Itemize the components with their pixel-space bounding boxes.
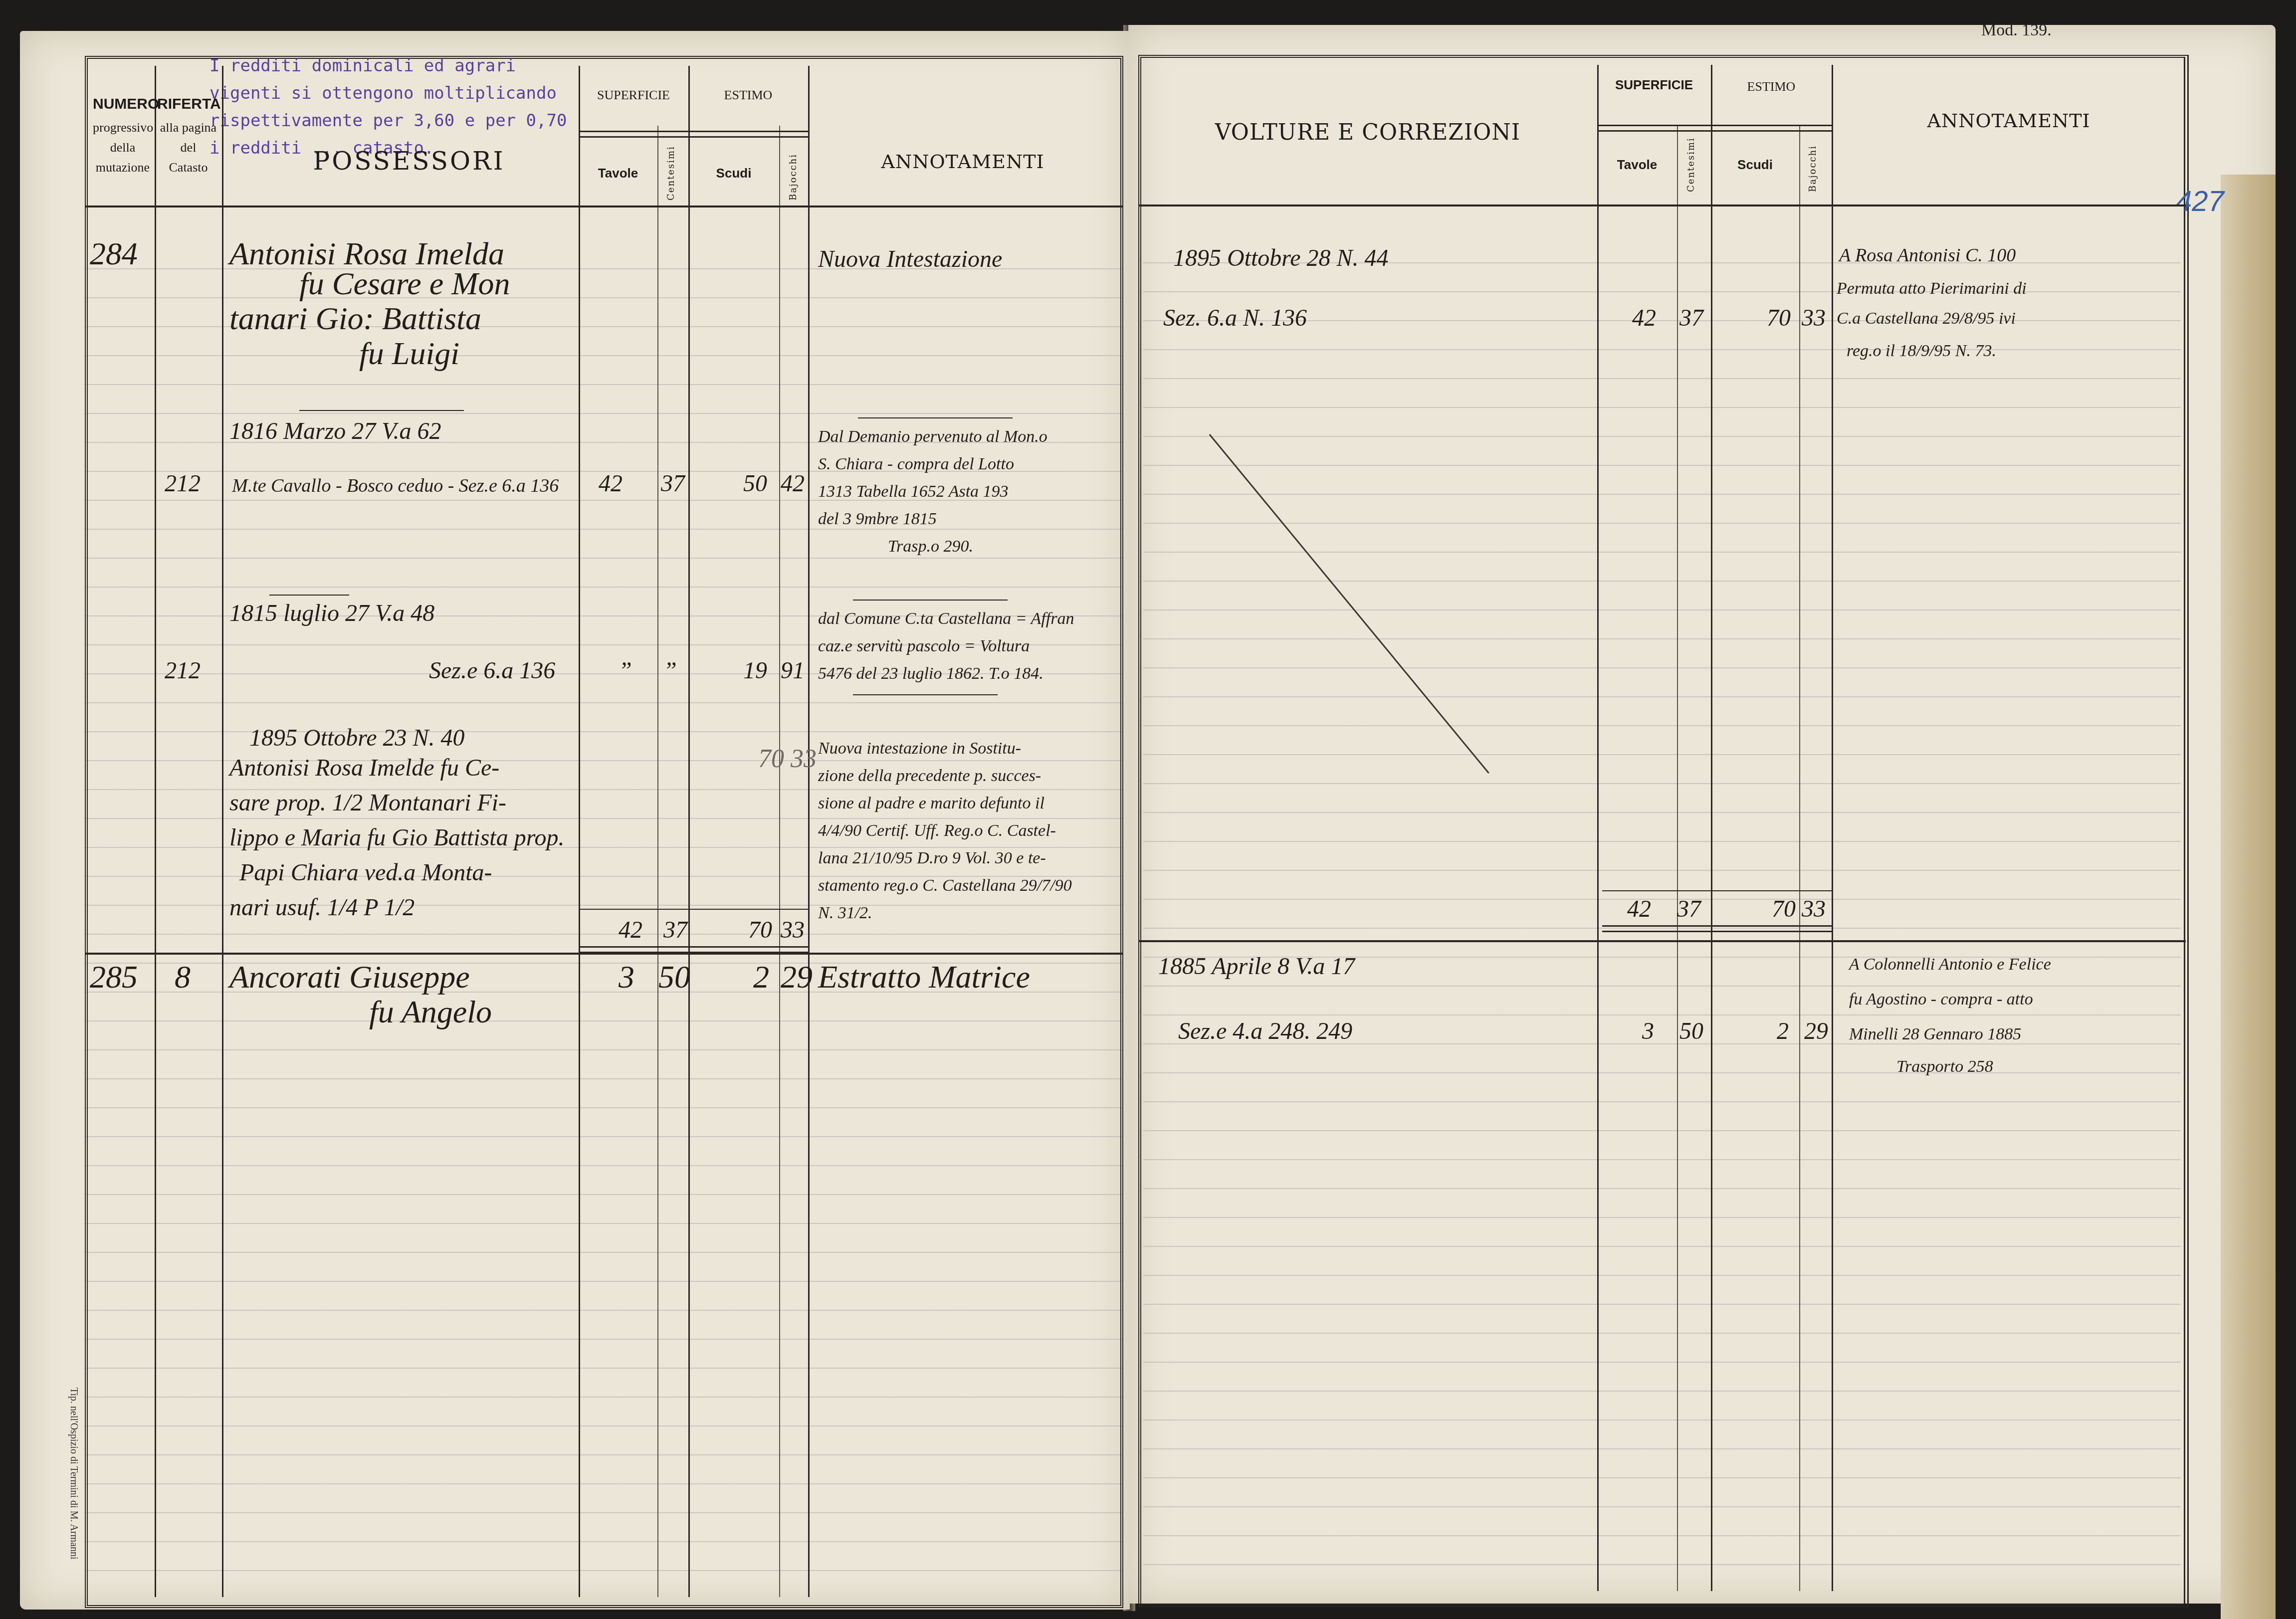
possessore-line: sare prop. 1/2 Montanari Fi- (229, 789, 506, 816)
annotamento-line: sione al padre e marito defunto il (818, 794, 1044, 813)
annotamento: Estratto Matrice (818, 959, 1030, 996)
tavole-value: 3 (619, 959, 634, 996)
scudi-value: 19 (743, 657, 767, 684)
form-number: Mod. 139. (1981, 21, 2052, 40)
header-annotamenti: ANNOTAMENTI (1837, 110, 2181, 132)
tavole-value: ” (619, 657, 632, 684)
possessore-line: Papi Chiara ved.a Monta- (239, 859, 492, 886)
col-divider (1711, 65, 1712, 1591)
header-riferta: RIFERTA (157, 96, 219, 113)
bajocchi-value: 91 (781, 657, 805, 684)
centesimi-value: 50 (1679, 1017, 1703, 1045)
page-number: 427 (2176, 185, 2224, 218)
parcel-description: Sez.e 6.a 136 (429, 657, 555, 684)
possessore-line: tanari Gio: Battista (229, 300, 481, 337)
header-tavole: Tavole (1597, 157, 1677, 173)
annotamento-line: caz.e servitù pascolo = Voltura (818, 637, 1030, 656)
annotamento-line: S. Chiara - compra del Lotto (818, 455, 1014, 474)
voltura-line: Sez.e 4.a 248. 249 (1178, 1017, 1352, 1045)
col-divider (222, 66, 223, 1597)
header-annotamenti: ANNOTAMENTI (813, 151, 1112, 173)
total-scudi: 70 (1772, 895, 1796, 923)
annotamento-line: Permuta atto Pierimarini di (1837, 279, 2027, 298)
centesimi-value: 37 (661, 470, 685, 497)
stamp-line-3: rispettivamente per 3,60 e per 0,70 (209, 106, 567, 136)
total-rule (579, 909, 808, 910)
possessore-line: fu Cesare e Mon (299, 265, 510, 302)
header-numero: NUMERO (93, 96, 153, 113)
total-centesimi: 37 (663, 916, 687, 944)
header-possessori: POSSESSORI (269, 147, 549, 176)
tavole-value: 42 (1632, 304, 1656, 332)
header-riferta-sub: Catasto (157, 158, 219, 177)
annotamento-line: C.a Castellana 29/8/95 ivi (1837, 309, 2016, 328)
scudi-value: 2 (753, 959, 769, 996)
possessore-line: Antonisi Rosa Imelde fu Ce- (229, 754, 499, 782)
header-subdivider (1597, 125, 1832, 132)
annotamento-line: Nuova intestazione in Sostitu- (818, 739, 1021, 758)
table-frame (1138, 55, 2189, 1607)
header-superficie: SUPERFICIE (579, 86, 688, 105)
voltura-line: 1885 Aprile 8 V.a 17 (1158, 953, 1355, 980)
header-tavole: Tavole (579, 166, 657, 181)
centesimi-value: 37 (1679, 304, 1703, 332)
right-page: Mod. 139. 427 VOLTURE E CORREZIONI SUPER… (1128, 25, 2276, 1604)
voltura-line: Sez. 6.a N. 136 (1163, 304, 1307, 332)
sub-heading: 1816 Marzo 27 V.a 62 (229, 417, 441, 445)
col-divider (155, 66, 156, 1597)
annotamento-line: lana 21/10/95 D.ro 9 Vol. 30 e te- (818, 849, 1046, 868)
bajocchi-value: 33 (1802, 304, 1826, 332)
col-divider (688, 66, 690, 1597)
sub-heading: 1895 Ottobre 23 N. 40 (249, 724, 465, 752)
col-divider (808, 66, 810, 1597)
col-divider (579, 66, 580, 1597)
header-numero-sub: progressivo (93, 118, 153, 137)
centesimi-value: 50 (658, 959, 690, 996)
col-divider (779, 126, 780, 1597)
header-bajocchi: Bajocchi (788, 146, 799, 201)
entry-numero: 284 (90, 235, 138, 272)
riferta-value: 8 (175, 959, 191, 996)
total-centesimi: 37 (1677, 895, 1701, 923)
voltura-line: 1895 Ottobre 28 N. 44 (1173, 244, 1389, 272)
page-stack-edge (2221, 175, 2276, 1619)
header-scudi: Scudi (688, 166, 779, 181)
bajocchi-value: 42 (781, 470, 805, 497)
annotamento-line: Dal Demanio pervenuto al Mon.o (818, 427, 1047, 446)
annotamento-line: Minelli 28 Gennaro 1885 (1849, 1025, 2021, 1044)
annotamento-line: 4/4/90 Certif. Uff. Reg.o C. Castel- (818, 821, 1056, 840)
row-separator (85, 953, 1122, 955)
total-bajocchi: 33 (781, 916, 805, 944)
possessore-line: fu Angelo (369, 994, 492, 1030)
total-scudi: 70 (748, 916, 772, 944)
total-tavole: 42 (619, 916, 642, 944)
bajocchi-value: 29 (781, 959, 813, 996)
header-bottom-rule (1138, 204, 2186, 206)
separator (853, 600, 1008, 601)
printer-imprint: Tip. nell'Ospizio di Termini di M. Arman… (68, 1388, 79, 1559)
total-bajocchi: 33 (1802, 895, 1826, 923)
header-estimo: ESTIMO (1711, 77, 1832, 96)
col-divider (1799, 125, 1800, 1591)
scudi-value: 70 (1767, 304, 1791, 332)
annotamento-line: A Rosa Antonisi C. 100 (1839, 244, 2016, 266)
separator (269, 595, 349, 596)
header-riferta-sub: del (157, 138, 219, 157)
total-tavole: 42 (1627, 895, 1651, 923)
header-centesimi: Centesimi (666, 146, 676, 201)
possessore-line: fu Luigi (359, 335, 459, 372)
total-double-rule (1602, 925, 1832, 932)
total-rule (1602, 890, 1832, 891)
entry-numero: 285 (90, 959, 138, 996)
annotamento-line: A Colonnelli Antonio e Felice (1849, 955, 2051, 974)
annotamento-line: 1313 Tabella 1652 Asta 193 (818, 482, 1009, 501)
annotamento-line: stamento reg.o C. Castellana 29/7/90 (818, 876, 1072, 895)
header-subdivider (579, 131, 808, 138)
annotamento-line: 5476 del 23 luglio 1862. T.o 184. (818, 664, 1044, 683)
separator (299, 410, 464, 411)
left-page: I redditi dominicali ed agrari vigenti s… (20, 31, 1130, 1610)
col-divider (1677, 125, 1678, 1591)
possessore-line: lippo e Maria fu Gio Battista prop. (229, 824, 565, 851)
header-bajocchi: Bajocchi (1808, 137, 1818, 192)
sub-heading: 1815 luglio 27 V.a 48 (229, 600, 434, 627)
scudi-value: 2 (1777, 1017, 1789, 1045)
header-volture: VOLTURE E CORREZIONI (1168, 120, 1567, 145)
riferta-value: 212 (165, 470, 201, 497)
possessore-line: nari usuf. 1/4 P 1/2 (229, 894, 415, 921)
annotamento-line: del 3 9mbre 1815 (818, 510, 937, 529)
annotamento-line: reg.o il 18/9/95 N. 73. (1847, 342, 1996, 361)
tavole-value: 3 (1642, 1017, 1654, 1045)
pencil-estimo-values: 70 33 (758, 744, 817, 774)
header-scudi: Scudi (1711, 157, 1799, 173)
annotamento-line: Trasp.o 290. (888, 537, 973, 556)
tavole-value: 42 (599, 470, 623, 497)
annotamento-line: fu Agostino - compra - atto (1849, 990, 2033, 1009)
header-bottom-rule (85, 205, 1122, 207)
row-separator (1138, 940, 2186, 942)
header-numero-sub: della (93, 138, 153, 157)
annotamento: Nuova Intestazione (818, 245, 1002, 273)
possessore-line: Ancorati Giuseppe (229, 959, 470, 996)
annotamento-line: Trasporto 258 (1896, 1057, 1993, 1076)
parcel-description: M.te Cavallo - Bosco ceduo - Sez.e 6.a 1… (232, 475, 559, 497)
header-riferta-sub: alla pagina (157, 118, 219, 137)
scudi-value: 50 (743, 470, 767, 497)
stamp-line-1: I redditi dominicali ed agrari (209, 51, 516, 81)
annotamento-line: dal Comune C.ta Castellana = Affran (818, 609, 1074, 628)
centesimi-value: ” (663, 657, 677, 684)
header-estimo: ESTIMO (688, 86, 808, 105)
col-divider (1832, 65, 1833, 1591)
annotamento-line: N. 31/2. (818, 904, 872, 923)
header-numero-sub: mutazione (93, 158, 153, 177)
bajocchi-value: 29 (1804, 1017, 1828, 1045)
stamp-line-2: vigenti si ottengono moltiplicando (209, 78, 557, 108)
col-divider (657, 126, 658, 1597)
total-double-rule (579, 946, 808, 953)
separator (853, 694, 998, 695)
separator (858, 417, 1013, 418)
riferta-value: 212 (165, 657, 201, 684)
header-centesimi: Centesimi (1686, 137, 1696, 192)
annotamento-line: zione della precedente p. succes- (818, 767, 1041, 786)
col-divider (1597, 65, 1599, 1591)
header-superficie: SUPERFICIE (1597, 77, 1711, 93)
